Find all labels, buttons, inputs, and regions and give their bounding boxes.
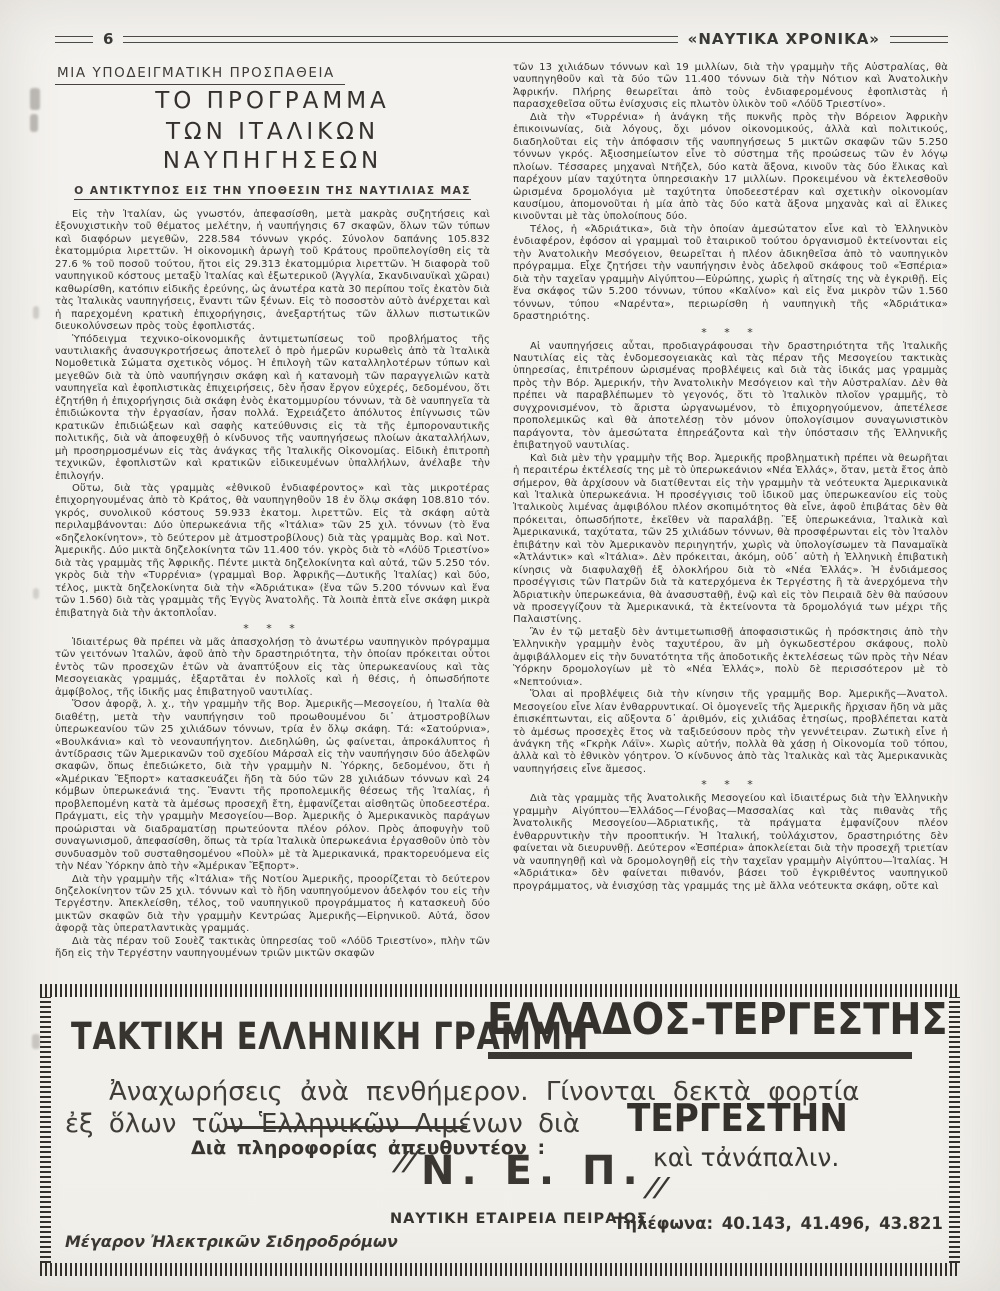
article-paragraph: Διὰ τὴν γραμμὴν τῆς «Ἰτάλια» τῆς Νοτίου …	[55, 874, 490, 936]
ad-address: Μέγαρον Ἠλεκτρικῶν Σιδηροδρόμων	[65, 1232, 398, 1251]
article-title-line2: ΤΩΝ ΙΤΑΛΙΚΩΝ ΝΑΥΠΗΓΗΣΕΩΝ	[55, 118, 490, 176]
article-paragraph: Διὰ τὴν «Τυρρένια» ἡ ἀνάγκη τῆς πυκνῆς π…	[513, 112, 948, 224]
page-header: 6 «ΝΑΥΤΙΚΑ ΧΡΟΝΙΚΑ»	[55, 30, 948, 48]
scan-artifact	[30, 88, 40, 110]
header-rule	[890, 36, 948, 43]
ad-divider-rule	[227, 1126, 467, 1129]
scan-artifact	[33, 588, 39, 599]
ad-company-abbr: //Ν. Ε. Π.//	[396, 1147, 666, 1203]
ad-body-line2: ἐξ ὅλων τῶν Ἑλληνικῶν Λιμένων διὰ	[65, 1109, 580, 1139]
section-separator: * * *	[513, 325, 948, 340]
article-title-line1: ΤΟ ΠΡΟΓΡΑΜΜΑ	[55, 87, 490, 116]
article-paragraph: Ὅσον ἀφορᾷ, λ. χ., τὴν γραμμὴν τῆς Βορ. …	[55, 699, 490, 873]
right-column: τῶν 13 χιλιάδων τόννων καὶ 19 μιλλίων, δ…	[513, 58, 948, 985]
article-paragraph: Ἂν ἐν τῷ μεταξὺ δὲν ἀντιμετωπισθῇ ἀποφασ…	[513, 627, 948, 689]
scan-artifact	[32, 1034, 40, 1049]
advertisement-nep: ΤΑΚΤΙΚΗ ΕΛΛΗΝΙΚΗ ΓΡΑΜΜΗ ΕΛΛΑΔΟΣ-ΤΕΡΓΕΣΤΗ…	[40, 984, 960, 1276]
header-rule	[55, 36, 93, 43]
left-column: ΜΙΑ ΥΠΟΔΕΙΓΜΑΤΙΚΗ ΠΡΟΣΠΑΘΕΙΑ ΤΟ ΠΡΟΓΡΑΜΜ…	[55, 58, 490, 985]
ad-route-title: ΕΛΛΑΔΟΣ-ΤΕΡΓΕΣΤΗΣ	[487, 994, 948, 1045]
article-paragraph: Ἰδιαιτέρως θὰ πρέπει νὰ μᾶς ἀπασχολήσῃ τ…	[55, 637, 490, 699]
article-paragraph: Τέλος, ἡ «Ἀδριάτικα», διὰ τὴν ὁποίαν ἀμε…	[513, 224, 948, 324]
article-paragraph: Καὶ διὰ μὲν τὴν γραμμὴν τῆς Βορ. Ἀμερικῆ…	[513, 453, 948, 627]
ad-and-back: καὶ τἀνάπαλιν.	[653, 1143, 839, 1172]
scan-artifact	[33, 306, 39, 319]
scan-artifact	[30, 114, 38, 132]
article-kicker: ΜΙΑ ΥΠΟΔΕΙΓΜΑΤΙΚΗ ΠΡΟΣΠΑΘΕΙΑ	[55, 58, 490, 85]
article-paragraph: Εἰς τὴν Ἰταλίαν, ὡς γνωστόν, ἀπεφασίσθη,…	[55, 209, 490, 334]
page-number: 6	[103, 30, 113, 48]
quote-mark-icon: //	[641, 1173, 672, 1203]
ad-border-left	[40, 997, 51, 1263]
article-paragraph: Ὅλαι αἱ προβλέψεις διὰ τὴν κίνησιν τῆς γ…	[513, 689, 948, 776]
ad-border-bottom	[40, 1263, 960, 1276]
article-paragraph: Διὰ τὰς γραμμὰς τῆς Ἀνατολικῆς Μεσογείου…	[513, 793, 948, 893]
section-separator: * * *	[55, 621, 490, 636]
ad-phones: Τηλέφωνα: 40.143, 41.496, 43.821	[614, 1214, 943, 1233]
ad-content: ΤΑΚΤΙΚΗ ΕΛΛΗΝΙΚΗ ΓΡΑΜΜΗ ΕΛΛΑΔΟΣ-ΤΕΡΓΕΣΤΗ…	[51, 997, 949, 1263]
article-paragraph: Διὰ τὰς πέραν τοῦ Σουὲζ τακτικὰς ὑπηρεσί…	[55, 936, 490, 961]
article-paragraph: Ὑπόδειγμα τεχνικο-οἰκονομικῆς ἀντιμετωπί…	[55, 334, 490, 483]
masthead-title: «ΝΑΥΤΙΚΑ ΧΡΟΝΙΚΑ»	[688, 30, 880, 48]
article-paragraph: Οὕτω, διὰ τὰς γραμμὰς «ἐθνικοῦ ἐνδιαφέρο…	[55, 483, 490, 620]
article-paragraph: τῶν 13 χιλιάδων τόννων καὶ 19 μιλλίων, δ…	[513, 62, 948, 112]
header-rule	[123, 36, 677, 43]
section-separator: * * *	[513, 777, 948, 792]
newspaper-page: 6 «ΝΑΥΤΙΚΑ ΧΡΟΝΙΚΑ» ΜΙΑ ΥΠΟΔΕΙΓΜΑΤΙΚΗ ΠΡ…	[0, 0, 1000, 1291]
article-body: ΜΙΑ ΥΠΟΔΕΙΓΜΑΤΙΚΗ ΠΡΟΣΠΑΘΕΙΑ ΤΟ ΠΡΟΓΡΑΜΜ…	[55, 58, 948, 985]
ad-destination: ΤΕΡΓΕΣΤΗΝ	[627, 1096, 848, 1140]
ad-border-right	[949, 997, 960, 1263]
ad-route-underline	[488, 1052, 912, 1059]
article-subtitle: Ο ΑΝΤΙΚΤΥΠΟΣ ΕΙΣ ΤΗΝ ΥΠΟΘΕΣΙΝ ΤΗΣ ΝΑΥΤΙΛ…	[55, 179, 490, 200]
article-paragraph: Αἱ ναυπηγήσεις αὗται, προδιαγράφουσαι τὴ…	[513, 341, 948, 453]
